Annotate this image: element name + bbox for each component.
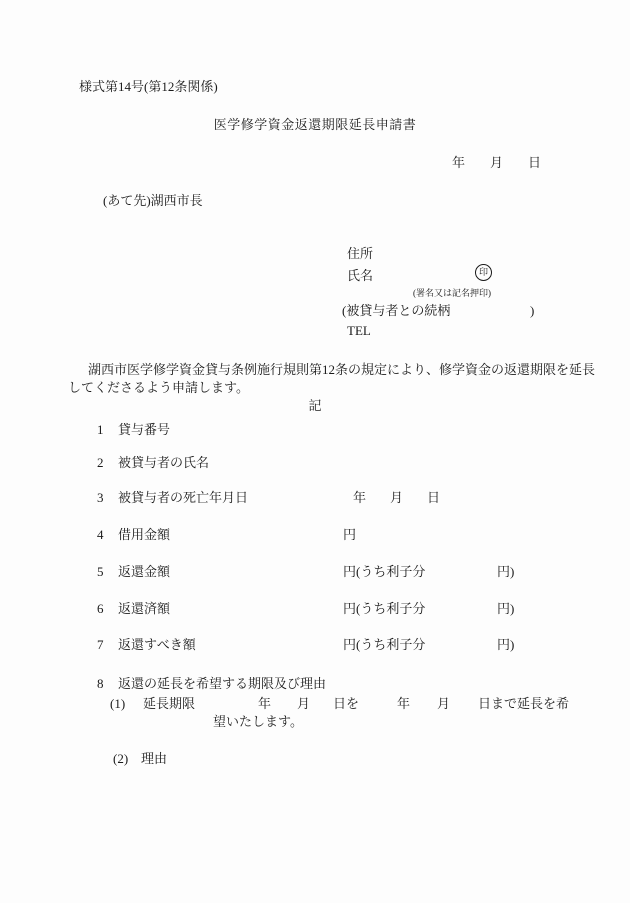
yen-interest-label: 円(うち利子分 [343,638,425,653]
relation-close-paren: ) [530,304,534,319]
item-number: 4 [97,528,104,543]
continuation-text: 望いたします。 [213,715,303,730]
extension-deadline-label: 延長期限 [143,697,195,712]
date-month-label: 月 [490,156,503,171]
date-day-label: 日 [528,156,541,171]
yen-close-label: 円) [497,565,514,580]
death-day-label: 日 [427,491,440,506]
form-number: 様式第14号(第12条関係) [79,80,218,95]
to-year-label: 年 [397,697,410,712]
item-label: 被貸与者の死亡年月日 [118,491,248,506]
item-label: 返還すべき額 [118,638,196,653]
seal-note: (署名又は記名押印) [413,288,491,298]
item-number: 8 [97,677,104,692]
to-day-label: 日まで延長を希 [478,697,569,712]
death-month-label: 月 [390,491,403,506]
item-number: 3 [97,491,104,506]
item-label: 貸与番号 [118,423,170,438]
item-number: 2 [97,456,104,471]
yen-unit-label: 円 [343,528,356,543]
reason-label: 理由 [141,752,167,767]
from-day-label: 日を [333,697,359,712]
address-label: 住所 [347,247,373,262]
yen-close-label: 円) [497,602,514,617]
from-year-label: 年 [258,697,271,712]
tel-label: TEL [347,324,371,339]
item-label: 被貸与者の氏名 [118,456,209,471]
item-label: 返還金額 [118,565,170,580]
item-label: 返還の延長を希望する期限及び理由 [118,677,326,692]
seal-icon: 印 [475,264,492,281]
sub-item-number: (2) [113,752,128,767]
page-title: 医学修学資金返還期限延長申請書 [0,118,630,133]
yen-interest-label: 円(うち利子分 [343,602,425,617]
from-month-label: 月 [297,697,310,712]
body-line-1: 湖西市医学修学資金貸与条例施行規則第12条の規定により、修学資金の返還期限を延長 [88,363,595,378]
yen-close-label: 円) [497,638,514,653]
body-line-2: してくださるよう申請します。 [68,381,249,396]
item-label: 借用金額 [118,528,170,543]
item-number: 5 [97,565,104,580]
relation-label: (被貸与者との続柄 [342,304,450,319]
item-number: 7 [97,638,104,653]
sub-item-number: (1) [110,697,125,712]
name-label: 氏名 [347,269,373,284]
application-form-page: 様式第14号(第12条関係) 医学修学資金返還期限延長申請書 年 月 日 (あて… [0,0,630,903]
yen-interest-label: 円(うち利子分 [343,565,425,580]
to-month-label: 月 [437,697,450,712]
item-number: 6 [97,602,104,617]
record-heading: 記 [0,399,630,414]
addressee: (あて先)湖西市長 [103,194,203,209]
item-label: 返還済額 [118,602,170,617]
item-number: 1 [97,423,104,438]
date-year-label: 年 [452,156,465,171]
death-year-label: 年 [353,491,366,506]
